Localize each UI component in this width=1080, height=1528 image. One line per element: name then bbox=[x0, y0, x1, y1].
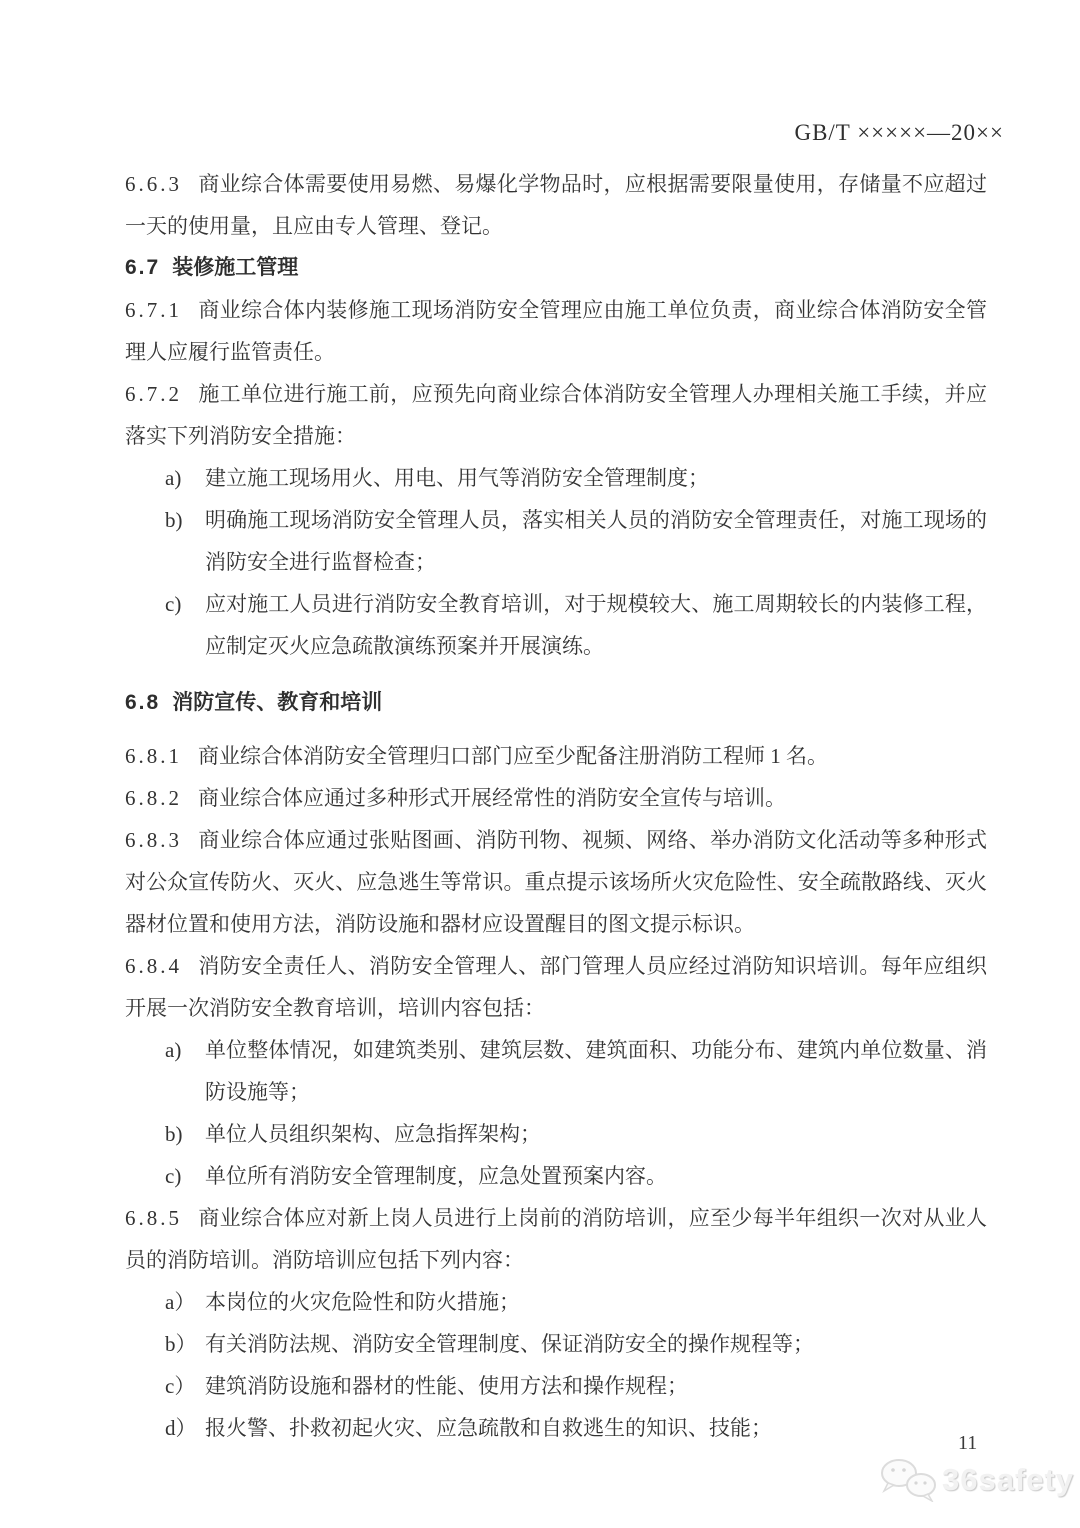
heading-text: 装修施工管理 bbox=[172, 256, 298, 279]
clause-number: 6.8.5 bbox=[125, 1206, 182, 1230]
list-text: 有关消防法规、消防安全管理制度、保证消防安全的操作规程等； bbox=[205, 1332, 814, 1356]
section-heading: 6.8消防宣传、教育和培训 bbox=[125, 682, 987, 724]
clause-number: 6.8.3 bbox=[125, 828, 182, 852]
clause-number: 6.8.1 bbox=[125, 744, 182, 768]
standard-number-header: GB/T ×××××—20×× bbox=[794, 120, 1004, 146]
list-text: 报火警、扑救初起火灾、应急疏散和自救逃生的知识、技能； bbox=[205, 1416, 772, 1440]
heading-number: 6.7 bbox=[125, 256, 160, 279]
clause-text: 消防安全责任人、消防安全管理人、部门管理人员应经过消防知识培训。每年应组织开展一… bbox=[125, 954, 987, 1020]
clause-paragraph: 6.7.2施工单位进行施工前，应预先向商业综合体消防安全管理人办理相关施工手续，… bbox=[125, 373, 987, 457]
clause-number: 6.6.3 bbox=[125, 172, 182, 196]
list-text: 明确施工现场消防安全管理人员，落实相关人员的消防安全管理责任，对施工现场的消防安… bbox=[205, 508, 987, 574]
list-text: 建筑消防设施和器材的性能、使用方法和操作规程； bbox=[205, 1374, 688, 1398]
clause-text: 商业综合体内装修施工现场消防安全管理应由施工单位负责，商业综合体消防安全管理人应… bbox=[125, 298, 987, 364]
heading-number: 6.8 bbox=[125, 691, 160, 714]
list-text: 单位所有消防安全管理制度，应急处置预案内容。 bbox=[205, 1164, 667, 1188]
list-marker: b) bbox=[165, 1113, 183, 1155]
chat-bubbles-icon bbox=[880, 1458, 938, 1502]
clause-text: 商业综合体应对新上岗人员进行上岗前的消防培训，应至少每半年组织一次对从业人员的消… bbox=[125, 1206, 987, 1272]
list-item: a)单位整体情况，如建筑类别、建筑层数、建筑面积、功能分布、建筑内单位数量、消防… bbox=[205, 1029, 987, 1113]
clause-paragraph: 6.8.5商业综合体应对新上岗人员进行上岗前的消防培训，应至少每半年组织一次对从… bbox=[125, 1197, 987, 1281]
clause-paragraph: 6.6.3商业综合体需要使用易燃、易爆化学物品时，应根据需要限量使用，存储量不应… bbox=[125, 163, 987, 247]
list-item: d）报火警、扑救初起火灾、应急疏散和自救逃生的知识、技能； bbox=[205, 1407, 987, 1449]
clause-text: 商业综合体需要使用易燃、易爆化学物品时，应根据需要限量使用，存储量不应超过一天的… bbox=[125, 172, 987, 238]
clause-number: 6.7.2 bbox=[125, 382, 182, 406]
watermark-text: 36safety bbox=[942, 1462, 1074, 1498]
list-marker: b) bbox=[165, 499, 183, 541]
clause-paragraph: 6.8.4消防安全责任人、消防安全管理人、部门管理人员应经过消防知识培训。每年应… bbox=[125, 945, 987, 1029]
list-marker: a) bbox=[165, 457, 181, 499]
list-text: 单位人员组织架构、应急指挥架构； bbox=[205, 1122, 541, 1146]
list-marker: a) bbox=[165, 1029, 181, 1071]
document-page: GB/T ×××××—20×× 6.6.3商业综合体需要使用易燃、易爆化学物品时… bbox=[0, 0, 1080, 1528]
list-item: a）本岗位的火灾危险性和防火措施； bbox=[205, 1281, 987, 1323]
clause-number: 6.8.2 bbox=[125, 786, 182, 810]
page-number: 11 bbox=[958, 1432, 977, 1455]
clause-text: 商业综合体消防安全管理归口部门应至少配备注册消防工程师 1 名。 bbox=[198, 744, 828, 768]
list-item: a)建立施工现场用火、用电、用气等消防安全管理制度； bbox=[205, 457, 987, 499]
list-item: c)单位所有消防安全管理制度，应急处置预案内容。 bbox=[205, 1155, 987, 1197]
clause-text: 施工单位进行施工前，应预先向商业综合体消防安全管理人办理相关施工手续，并应落实下… bbox=[125, 382, 987, 448]
list-marker: a） bbox=[165, 1281, 195, 1323]
list-text: 应对施工人员进行消防安全教育培训，对于规模较大、施工周期较长的内装修工程，应制定… bbox=[205, 592, 987, 658]
heading-text: 消防宣传、教育和培训 bbox=[172, 691, 382, 714]
list-item: c）建筑消防设施和器材的性能、使用方法和操作规程； bbox=[205, 1365, 987, 1407]
list-item: c)应对施工人员进行消防安全教育培训，对于规模较大、施工周期较长的内装修工程，应… bbox=[205, 583, 987, 667]
clause-number: 6.8.4 bbox=[125, 954, 182, 978]
list-text: 本岗位的火灾危险性和防火措施； bbox=[205, 1290, 520, 1314]
list-text: 单位整体情况，如建筑类别、建筑层数、建筑面积、功能分布、建筑内单位数量、消防设施… bbox=[205, 1038, 987, 1104]
clause-paragraph: 6.8.3商业综合体应通过张贴图画、消防刊物、视频、网络、举办消防文化活动等多种… bbox=[125, 819, 987, 945]
watermark: 36safety bbox=[880, 1458, 1074, 1502]
clause-paragraph: 6.8.1商业综合体消防安全管理归口部门应至少配备注册消防工程师 1 名。 bbox=[125, 735, 987, 777]
list-marker: c) bbox=[165, 1155, 181, 1197]
clause-paragraph: 6.8.2商业综合体应通过多种形式开展经常性的消防安全宣传与培训。 bbox=[125, 777, 987, 819]
section-heading: 6.7装修施工管理 bbox=[125, 247, 987, 289]
clause-paragraph: 6.7.1商业综合体内装修施工现场消防安全管理应由施工单位负责，商业综合体消防安… bbox=[125, 289, 987, 373]
clause-number: 6.7.1 bbox=[125, 298, 182, 322]
list-item: b)单位人员组织架构、应急指挥架构； bbox=[205, 1113, 987, 1155]
list-item: b)明确施工现场消防安全管理人员，落实相关人员的消防安全管理责任，对施工现场的消… bbox=[205, 499, 987, 583]
document-body: 6.6.3商业综合体需要使用易燃、易爆化学物品时，应根据需要限量使用，存储量不应… bbox=[125, 163, 987, 1449]
clause-text: 商业综合体应通过多种形式开展经常性的消防安全宣传与培训。 bbox=[198, 786, 786, 810]
list-marker: c) bbox=[165, 583, 181, 625]
list-text: 建立施工现场用火、用电、用气等消防安全管理制度； bbox=[205, 466, 709, 490]
list-item: b）有关消防法规、消防安全管理制度、保证消防安全的操作规程等； bbox=[205, 1323, 987, 1365]
clause-text: 商业综合体应通过张贴图画、消防刊物、视频、网络、举办消防文化活动等多种形式对公众… bbox=[125, 828, 987, 936]
list-marker: d） bbox=[165, 1407, 197, 1449]
list-marker: c） bbox=[165, 1365, 195, 1407]
list-marker: b） bbox=[165, 1323, 197, 1365]
